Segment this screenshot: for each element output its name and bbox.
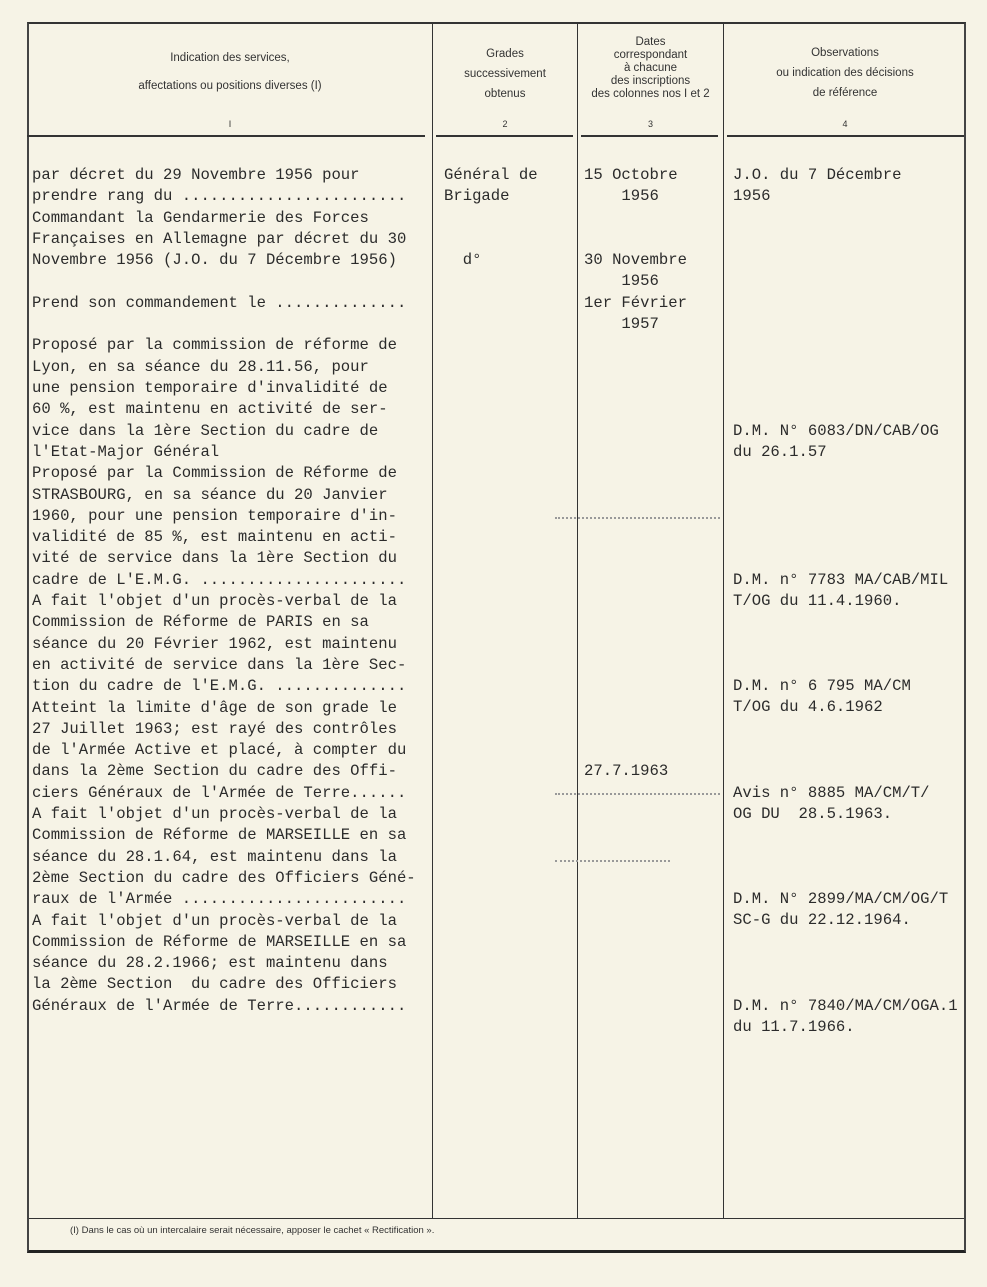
observation-entry: D.M. n° 7783 MA/CAB/MIL T/OG du 11.4.196…	[733, 570, 948, 613]
header-line: successivement	[434, 64, 576, 84]
service-line: en activité de service dans la 1ère Sec-	[32, 655, 406, 676]
observation-entry: D.M. n° 7840/MA/CM/OGA.1 du 11.7.1966.	[733, 996, 958, 1039]
service-line: Commission de Réforme de PARIS en sa	[32, 612, 369, 633]
footnote-rule	[29, 1218, 964, 1219]
service-line: 27 Juillet 1963; est rayé des contrôles	[32, 719, 397, 740]
column-header-dates: Dates correspondant à chacune des inscri…	[579, 36, 722, 101]
header-rule-col3	[581, 135, 718, 137]
service-line: Commission de Réforme de MARSEILLE en sa	[32, 825, 406, 846]
header-line: correspondant	[579, 49, 722, 62]
service-line: la 2ème Section du cadre des Officiers	[32, 974, 397, 995]
service-line: Proposé par la commission de réforme de	[32, 335, 397, 356]
column-header-observations: Observations ou indication des décisions…	[725, 43, 965, 103]
service-line: vice dans la 1ère Section du cadre de	[32, 421, 378, 442]
column-divider-3	[723, 24, 724, 1218]
service-line: l'Etat-Major Général	[32, 442, 219, 463]
service-line: tion du cadre de l'E.M.G. ..............	[32, 676, 406, 697]
service-line: par décret du 29 Novembre 1956 pour	[32, 165, 360, 186]
service-line: Françaises en Allemagne par décret du 30	[32, 229, 406, 250]
service-line: 2ème Section du cadre des Officiers Géné…	[32, 868, 416, 889]
observation-entry: D.M. n° 6 795 MA/CM T/OG du 4.6.1962	[733, 676, 911, 719]
observation-entry: Avis n° 8885 MA/CM/T/ OG DU 28.5.1963.	[733, 783, 930, 826]
grade-entry: Général de Brigade	[444, 165, 538, 208]
service-line: une pension temporaire d'invalidité de	[32, 378, 388, 399]
header-line: des inscriptions	[579, 75, 722, 88]
header-rule-col2	[436, 135, 573, 137]
header-line: affectations ou positions diverses (I)	[30, 76, 430, 96]
service-line: vité de service dans la 1ère Section du	[32, 548, 397, 569]
observation-entry: D.M. N° 6083/DN/CAB/OG du 26.1.57	[733, 421, 939, 464]
column-number-3: 3	[579, 119, 722, 129]
observation-entry: J.O. du 7 Décembre 1956	[733, 165, 901, 208]
header-line: à chacune	[579, 62, 722, 75]
column-number-2: 2	[434, 119, 576, 129]
service-line: Commandant la Gendarmerie des Forces	[32, 208, 369, 229]
service-line: STRASBOURG, en sa séance du 20 Janvier	[32, 485, 388, 506]
header-line: des colonnes nos I et 2	[579, 88, 722, 101]
date-entry: 27.7.1963	[584, 761, 668, 782]
service-line: A fait l'objet d'un procès-verbal de la	[32, 591, 397, 612]
header-line: de référence	[725, 83, 965, 103]
service-line: séance du 28.1.64, est maintenu dans la	[32, 847, 397, 868]
date-entry: 15 Octobre 1956	[584, 165, 678, 208]
header-line: ou indication des décisions	[725, 63, 965, 83]
dotted-leader	[555, 517, 720, 519]
service-line: séance du 28.2.1966; est maintenu dans	[32, 953, 388, 974]
service-line: Novembre 1956 (J.O. du 7 Décembre 1956)	[32, 250, 397, 271]
service-line: Commission de Réforme de MARSEILLE en sa	[32, 932, 406, 953]
service-line: prendre rang du ........................	[32, 186, 406, 207]
column-divider-2	[577, 24, 578, 1218]
service-line: Proposé par la Commission de Réforme de	[32, 463, 397, 484]
service-line: 60 %, est maintenu en activité de ser-	[32, 399, 388, 420]
service-line: A fait l'objet d'un procès-verbal de la	[32, 804, 397, 825]
date-entry: 30 Novembre 1956 1er Février 1957	[584, 250, 687, 335]
service-line: Généraux de l'Armée de Terre............	[32, 996, 406, 1017]
service-line: A fait l'objet d'un procès-verbal de la	[32, 911, 397, 932]
grade-entry: d°	[444, 250, 481, 271]
dotted-leader	[555, 793, 720, 795]
header-line: Observations	[725, 43, 965, 63]
service-line: cadre de L'E.M.G. ......................	[32, 570, 406, 591]
service-line: Lyon, en sa séance du 28.11.56, pour	[32, 357, 369, 378]
footnote: (I) Dans le cas où un intercalaire serai…	[70, 1225, 434, 1236]
header-rule-col1	[27, 135, 425, 137]
header-rule-col4	[727, 135, 964, 137]
column-number-4: 4	[725, 119, 965, 129]
column-divider-1	[432, 24, 433, 1218]
dotted-leader	[555, 860, 670, 862]
service-line: séance du 20 Février 1962, est maintenu	[32, 634, 397, 655]
header-line: Dates	[579, 36, 722, 49]
header-line: Indication des services,	[30, 48, 430, 68]
service-line: de l'Armée Active et placé, à compter du	[32, 740, 406, 761]
service-line: validité de 85 %, est maintenu en acti-	[32, 527, 397, 548]
observation-entry: D.M. N° 2899/MA/CM/OG/T SC-G du 22.12.19…	[733, 889, 948, 932]
service-line: ciers Généraux de l'Armée de Terre......	[32, 783, 406, 804]
service-line: Atteint la limite d'âge de son grade le	[32, 698, 397, 719]
column-number-1: I	[30, 119, 430, 129]
column-header-services: Indication des services, affectations ou…	[30, 48, 430, 96]
column-header-grades: Grades successivement obtenus	[434, 44, 576, 104]
service-line: raux de l'Armée ........................	[32, 889, 406, 910]
service-line: dans la 2ème Section du cadre des Offi-	[32, 761, 397, 782]
service-line: 1960, pour une pension temporaire d'in-	[32, 506, 397, 527]
header-line: obtenus	[434, 84, 576, 104]
header-line: Grades	[434, 44, 576, 64]
service-line: Prend son commandement le ..............	[32, 293, 406, 314]
